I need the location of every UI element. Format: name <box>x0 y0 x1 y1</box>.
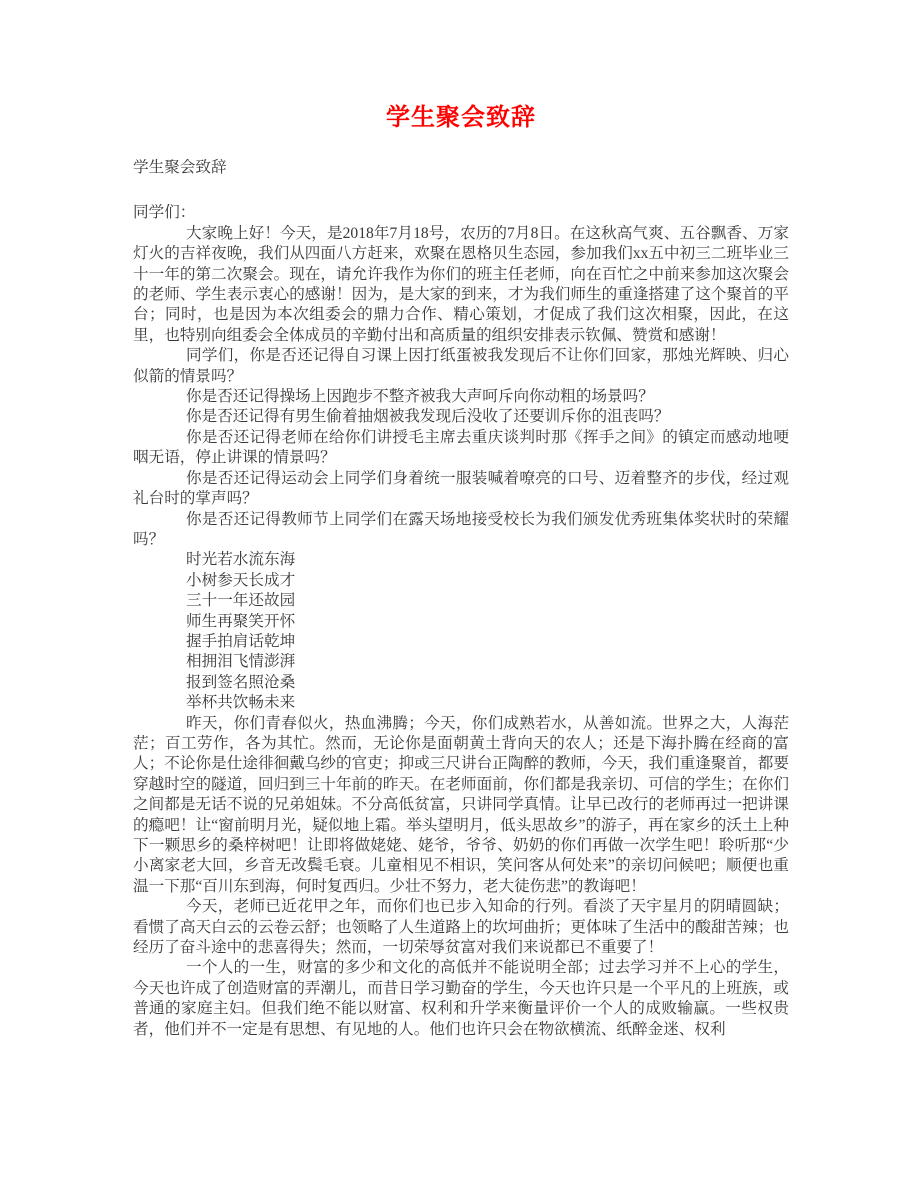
body-paragraph: 同学们，你是否还记得自习课上因打纸蛋被我发现后不让你们回家，那烛光辉映、归心似箭… <box>133 346 789 387</box>
salutation: 同学们： <box>133 203 789 223</box>
verse-line: 报到签名照沧桑 <box>133 673 789 693</box>
subtitle-heading: 学生聚会致辞 <box>133 158 789 178</box>
body-paragraph: 昨天，你们青春似火，热血沸腾；今天，你们成熟若水，从善如流。世界之大，人海茫茫；… <box>133 714 789 898</box>
verse-line: 小树参天长成才 <box>133 571 789 591</box>
document-title: 学生聚会致辞 <box>133 104 789 132</box>
body-paragraph: 大家晚上好！今天，是2018年7月18号，农历的7月8日。在这秋高气爽、五谷飘香… <box>133 224 789 346</box>
document-page: 学生聚会致辞 学生聚会致辞 同学们： 大家晚上好！今天，是2018年7月18号，… <box>0 0 920 1191</box>
verse-line: 师生再聚笑开怀 <box>133 612 789 632</box>
body-paragraph: 你是否还记得运动会上同学们身着统一服装喊着嘹亮的口号、迈着整齐的步伐，经过观礼台… <box>133 469 789 510</box>
body-paragraph: 你是否还记得操场上因跑步不整齐被我大声呵斥向你动粗的场景吗？ <box>133 387 789 407</box>
body-paragraph: 你是否还记得老师在给你们讲授毛主席去重庆谈判时那《挥手之间》的镇定而感动地哽咽无… <box>133 428 789 469</box>
verse-line: 握手拍肩话乾坤 <box>133 632 789 652</box>
body-paragraph: 你是否还记得教师节上同学们在露天场地接受校长为我们颁发优秀班集体奖状时的荣耀吗？ <box>133 510 789 551</box>
verse-line: 相拥泪飞情澎湃 <box>133 652 789 672</box>
body-paragraph: 一个人的一生，财富的多少和文化的高低并不能说明全部；过去学习并不上心的学生，今天… <box>133 958 789 1040</box>
body-paragraph: 今天，老师已近花甲之年，而你们也已步入知命的行列。看淡了天宇星月的阴晴圆缺；看惯… <box>133 897 789 958</box>
verse-line: 三十一年还故园 <box>133 591 789 611</box>
body-paragraph: 你是否还记得有男生偷着抽烟被我发现后没收了还要训斥你的沮丧吗？ <box>133 407 789 427</box>
verse-line: 时光若水流东海 <box>133 550 789 570</box>
verse-line: 举杯共饮畅未来 <box>133 693 789 713</box>
